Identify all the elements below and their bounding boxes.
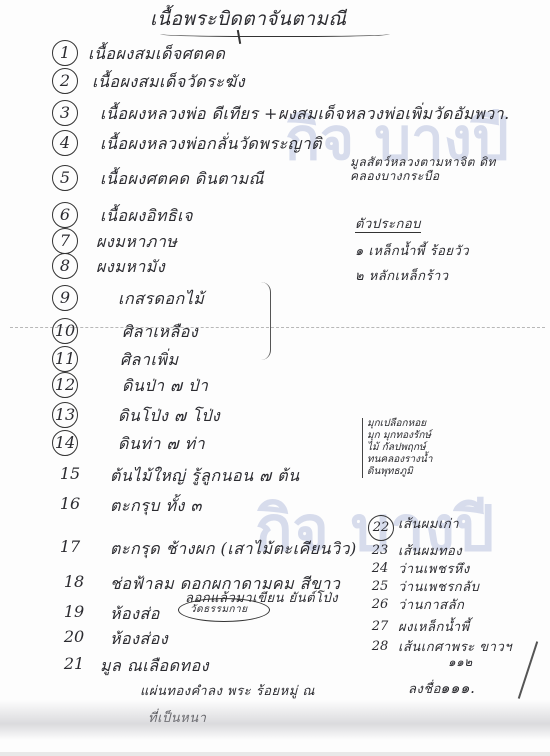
signature: ลงชื่อ [408, 678, 441, 699]
item-number: 1 [52, 40, 78, 66]
item-number: 20 [62, 625, 86, 649]
item28-continuation: ๑๑๒ [448, 655, 473, 669]
list-item: มูล ณเลือดทอง [100, 654, 209, 679]
item-number: 15 [58, 462, 82, 486]
item-number: 2 [52, 68, 78, 94]
page-edge [518, 641, 538, 699]
item-number: 19 [62, 600, 86, 624]
item-number: 11 [52, 346, 78, 372]
item-number: 8 [52, 253, 78, 279]
item-number: 16 [58, 492, 82, 516]
right-list-item: ว่านกาสลัก [398, 599, 464, 613]
list-item: ศิลาเหลือง [122, 320, 198, 345]
item-number: 21 [62, 652, 86, 676]
list-item: เนื้อผงศตคด ดินตามณี [100, 167, 264, 192]
document-page: กิจ บางปี กิจ บางปี เนื้อพระบิดตาจันตามณ… [0, 0, 550, 756]
list-item: เนื้อผงอิทธิเจ [100, 204, 193, 229]
right-list-item: เส้นผมเก่า [398, 518, 459, 532]
bracket-note-14: มุกเปลือกหอยมุก มุกทองรักษ์ไม้ กัลปพฤกษ์… [362, 418, 432, 478]
list-item: ผงมหาภาษ [96, 230, 177, 255]
item-number: 3 [52, 100, 78, 126]
right-list-item: เส้นเกศาพระ ขาวฯ [398, 641, 512, 655]
item-number: 14 [52, 430, 78, 456]
list-item: ห้องส่อง [110, 627, 168, 652]
item-number: 9 [52, 285, 78, 311]
list-item: ผงมหามัง [96, 255, 165, 280]
item-number: 5 [52, 165, 78, 191]
right-list-item: ผงเหล็กน้ำพี้ [398, 621, 470, 635]
right-list-item: ว่านเพชรหึง [398, 563, 470, 577]
property-2: ๒ หลักเหล็กร้าว [355, 270, 449, 284]
list-item: ห้องส่อ [110, 602, 160, 627]
properties-title: ตัวประกอบ [355, 218, 421, 233]
right-item-number: 27 [368, 618, 392, 636]
bracket-note-line: ดินพุทธภูมิ [367, 466, 432, 478]
item-number: 6 [52, 202, 78, 228]
list-item: ศิลาเพิ่ม [120, 348, 179, 373]
right-item-number: 23 [368, 542, 392, 560]
right-item-number: 24 [368, 560, 392, 578]
list-item: ดินป่า ๗ ป่า [122, 374, 208, 399]
list-item: เนื้อผงสมเด็จศตคด [88, 42, 225, 67]
item-number: 10 [52, 318, 78, 344]
list-item: ต้นไม้ใหญ่ รู้ลูกนอน ๗ ต้น [110, 464, 300, 489]
list-item: เนื้อผงหลวงพ่อกลั่นวัดพระญาติ [100, 132, 322, 157]
title-underline [160, 30, 390, 37]
signature-number: ๑๑๑. [440, 676, 475, 700]
bracket-note-line: ไม้ กัลปพฤกษ์ [367, 442, 432, 454]
bracket-note-line: มุกเปลือกหอย [367, 418, 432, 430]
list-item: เนื้อผงหลวงพ่อ ดีเทียร +ผงสมเด็จหลวงพ่อเ… [100, 102, 510, 127]
list-item: ดินโป่ง ๗ โป่ง [118, 404, 220, 429]
right-item-number: 25 [368, 578, 392, 596]
brace-9-11 [258, 282, 271, 360]
item-number: 4 [52, 130, 78, 156]
bracket-note-line: ทนคลองรางน้ำ [367, 454, 432, 466]
item20-circled-note: วัดธรรมกาย [190, 603, 248, 617]
fold-line [10, 327, 545, 328]
right-item-number: 26 [368, 596, 392, 614]
list-item: ตะกรุบ ทั้ง ๓ [110, 494, 202, 519]
list-item: ดินท่า ๗ ท่า [118, 432, 205, 457]
item-number: 17 [58, 535, 82, 559]
item-number: 7 [52, 228, 78, 254]
item-number: 13 [52, 402, 78, 428]
right-list-item: ว่านเพชรกลับ [398, 581, 479, 595]
item21-subnote-1: แผ่นทองคำลง พระ ร้อยหมู่ ณ [140, 685, 315, 699]
list-item: เนื้อผงสมเด็จวัดระฆัง [92, 70, 245, 95]
item-number: 18 [62, 570, 86, 594]
note-item5: มูลสัตว์หลวงตามหาจิต ดิทคลองบางกระบือ [350, 155, 510, 183]
right-item-number: 22 [368, 515, 394, 541]
item-number: 12 [52, 372, 78, 398]
property-1: ๑ เหล็กน้ำพี้ ร้อยวัว [355, 245, 469, 259]
list-item: เกสรดอกไม้ [118, 287, 204, 312]
bracket-note-line: มุก มุกทองรักษ์ [367, 430, 432, 442]
list-item: ตะกรุด ช้างผก (เสาไม้ตะเคียนวิว) [110, 537, 357, 562]
scan-stain [0, 700, 550, 740]
right-item-number: 28 [368, 638, 392, 656]
right-list-item: เส้นผมทอง [398, 545, 462, 559]
scan-border [0, 752, 550, 756]
